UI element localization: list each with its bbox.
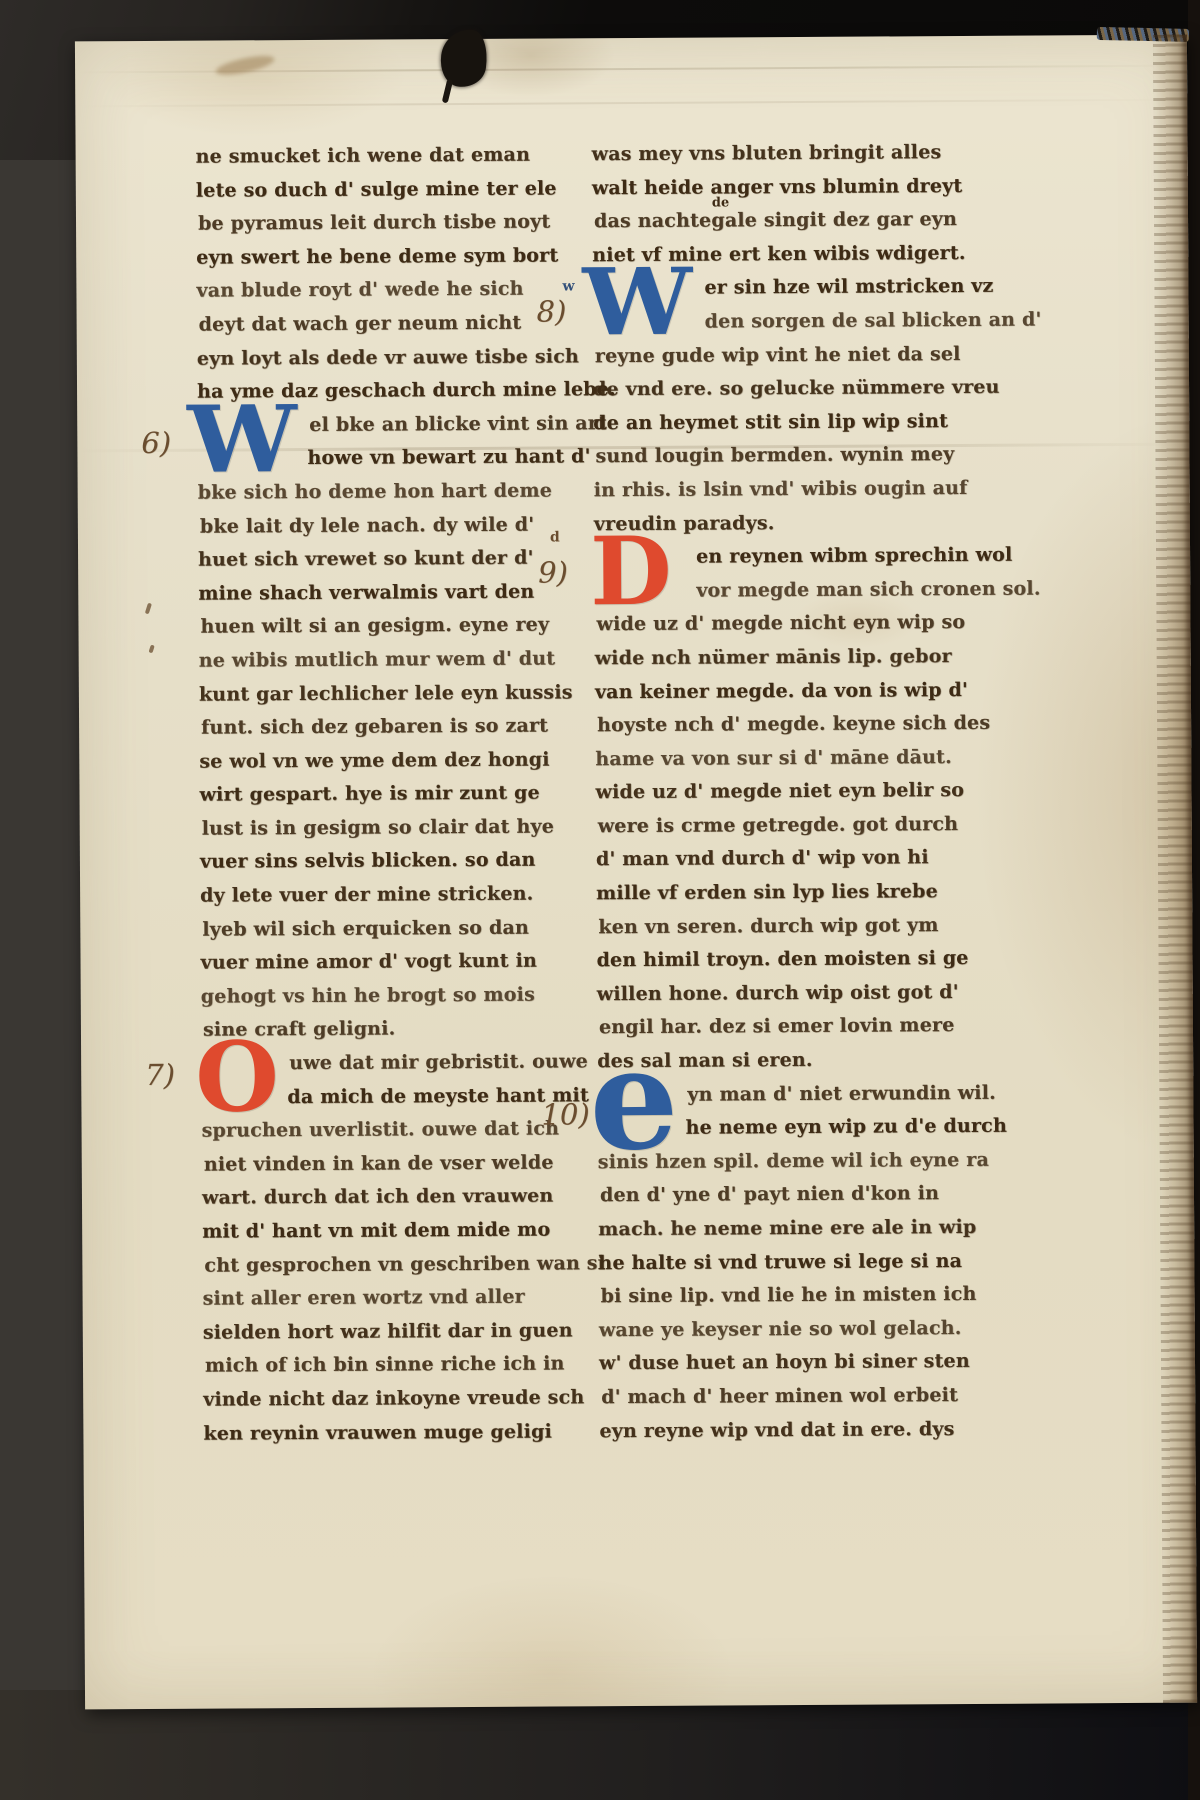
- manuscript-line: he halte si vnd truwe si lege si na: [598, 1244, 980, 1280]
- manuscript-line: huet sich vrewet so kunt der d': [198, 541, 580, 577]
- paragraph: D9)den reynen wibm sprechin wolvor megde…: [594, 539, 979, 1079]
- paragraph: W8)wer sin hze wil mstricken vzden sorge…: [592, 270, 976, 541]
- pen-mark: [145, 603, 152, 615]
- manuscript-line: sielden hort waz hilfit dar in guen: [203, 1314, 585, 1350]
- manuscript-line: wide uz d' megde niet eyn belir so: [595, 774, 977, 810]
- manuscript-line: vuer mine amor d' vogt kunt in: [200, 945, 582, 981]
- manuscript-line: w' duse huet an hoyn bi siner sten: [599, 1345, 981, 1381]
- manuscript-line: spruchen uverlistit. ouwe dat ich: [201, 1113, 583, 1149]
- manuscript-line: bke lait dy lele nach. dy wile d': [200, 508, 580, 544]
- manuscript-line: reyne gude wip vint he niet da sel: [595, 337, 975, 373]
- manuscript-line: be pyramus leit durch tisbe noyt: [198, 206, 578, 242]
- manuscript-line: sint aller eren wortz vnd aller: [203, 1281, 585, 1317]
- manuscript-line: eyn reyne wip vnd dat in ere. dys: [599, 1412, 981, 1448]
- margin-paragraph-number: 10): [541, 1097, 589, 1131]
- manuscript-line: hoyste nch d' megde. keyne sich des: [597, 707, 977, 743]
- manuscript-line: huen wilt si an gesigm. eyne rey: [200, 609, 580, 645]
- manuscript-line: uwe dat mir gebristit. ouwe: [203, 1045, 583, 1081]
- manuscript-line: den himil troyn. den moisten si ge: [596, 942, 978, 978]
- paragraph: O7)uwe dat mir gebristit. ouweda mich de…: [201, 1045, 585, 1450]
- manuscript-line: funt. sich dez gebaren is so zart: [201, 709, 581, 745]
- manuscript-line: das nachtegale singit dez gar eyn: [594, 203, 974, 239]
- margin-paragraph-number: 6): [141, 426, 171, 460]
- manuscript-line: mich of ich bin sinne riche ich in: [205, 1348, 585, 1384]
- manuscript-line: den d' yne d' payt nien d'kon in: [600, 1177, 980, 1213]
- manuscript-line: hame va von sur si d' māne dāut.: [595, 741, 977, 777]
- manuscript-line: vor megde man sich cronen sol.: [594, 573, 976, 609]
- manuscript-line: lust is in gesigm so clair dat hye: [202, 810, 582, 846]
- manuscript-line: in rhis. is lsin vnd' wibis ougin auf: [594, 472, 976, 508]
- margin-paragraph-number: 8): [536, 295, 566, 329]
- manuscript-line: se wol vn we yme dem dez hongi: [199, 743, 581, 779]
- manuscript-line: sund lougin bermden. wynin mey: [595, 438, 975, 474]
- manuscript-line: dy lete vuer der mine stricken.: [200, 877, 582, 913]
- manuscript-line: wide uz d' megde nicht eyn wip so: [596, 606, 976, 642]
- manuscript-line: wart. durch dat ich den vrauwen: [202, 1180, 584, 1216]
- manuscript-line: walt heide anger vns blumin dreyt: [592, 170, 974, 206]
- manuscript-line: eyn swert he bene deme sym bort: [196, 239, 578, 275]
- manuscript-line: bi sine lip. vnd lie he in misten ich: [600, 1278, 980, 1314]
- manuscript-line: wane ye keyser nie so wol gelach.: [599, 1312, 981, 1348]
- manuscript-line: wirt gespart. hye is mir zunt ge: [199, 777, 581, 813]
- manuscript-line: willen hone. durch wip oist got d': [597, 976, 979, 1012]
- manuscript-line: vinde nicht daz inkoyne vreude sch: [203, 1381, 585, 1417]
- manuscript-line: den sorgen de sal blicken an d': [593, 304, 975, 340]
- margin-paragraph-number: 9): [538, 556, 568, 590]
- manuscript-line: mille vf erden sin lyp lies krebe: [596, 875, 978, 911]
- manuscript-line: de vnd ere. so gelucke nümmere vreu: [593, 371, 975, 407]
- manuscript-line: was mey vns bluten bringit alles: [592, 136, 974, 172]
- manuscript-page: ne smucket ich wene dat emanlete so duch…: [75, 35, 1197, 1710]
- manuscript-line: ken reynin vrauwen muge geligi: [203, 1415, 585, 1451]
- manuscript-line: bke sich ho deme hon hart deme: [198, 474, 580, 510]
- manuscript-line: mit d' hant vn mit dem mide mo: [202, 1213, 584, 1249]
- margin-paragraph-number: 7): [145, 1058, 175, 1092]
- manuscript-line: ne smucket ich wene dat eman: [196, 138, 578, 174]
- manuscript-line: ken vn seren. durch wip got ym: [598, 909, 978, 945]
- manuscript-line: sinis hzen spil. deme wil ich eyne ra: [598, 1144, 980, 1180]
- manuscript-line: kunt gar lechlicher lele eyn kussis: [199, 676, 581, 712]
- manuscript-line: wide nch nümer mānis lip. gebor: [595, 640, 977, 676]
- manuscript-line: niet vinden in kan de vser welde: [204, 1146, 584, 1182]
- text-column-right: was mey vns bluten bringit alleswalt hei…: [592, 136, 982, 1448]
- manuscript-line: yn man d' niet erwundin wil.: [599, 1077, 979, 1113]
- manuscript-line: de an heymet stit sin lip wip sint: [593, 405, 975, 441]
- text-column-left: ne smucket ich wene dat emanlete so duch…: [196, 138, 586, 1450]
- manuscript-line: eyn loyt als dede vr auwe tisbe sich: [197, 340, 579, 376]
- manuscript-line: gehogt vs hin he brogt so mois: [201, 978, 583, 1014]
- manuscript-line: lete so duch d' sulge mine ter ele: [196, 172, 578, 208]
- manuscript-line: deyt dat wach ger neum nicht: [199, 306, 579, 342]
- stain-mark: [214, 52, 276, 79]
- manuscript-line: ne wibis mutlich mur wem d' dut: [199, 642, 581, 678]
- manuscript-line: mine shach verwalmis vart den: [198, 575, 580, 611]
- manuscript-line: van blude royt d' wede he sich: [196, 273, 578, 309]
- interlinear-insertion: de: [712, 196, 729, 211]
- manuscript-line: lyeb wil sich erquicken so dan: [202, 911, 582, 947]
- manuscript-line: van keiner megde. da von is wip d': [595, 673, 977, 709]
- manuscript-line: d' mach d' heer minen wol erbeit: [601, 1379, 981, 1415]
- manuscript-line: cht gesprochen vn geschriben wan si: [204, 1247, 584, 1283]
- manuscript-line: vuer sins selvis blicken. so dan: [200, 844, 582, 880]
- paragraph: W6)el bke an blicke vint sin arthowe vn …: [197, 407, 583, 1048]
- paragraph: ne smucket ich wene dat emanlete so duch…: [196, 138, 580, 409]
- parchment-crease: [75, 99, 1187, 108]
- paragraph: e10)yn man d' niet erwundin wil.he neme …: [597, 1077, 981, 1449]
- manuscript-line: mach. he neme mine ere ale in wip: [598, 1211, 980, 1247]
- manuscript-line: d' man vnd durch d' wip von hi: [596, 841, 978, 877]
- pen-mark: [149, 645, 155, 654]
- manuscript-line: el bke an blicke vint sin art: [199, 407, 579, 443]
- guide-letter: d: [550, 530, 560, 546]
- manuscript-line: were is crme getregde. got durch: [598, 808, 978, 844]
- guide-letter: w: [562, 279, 574, 295]
